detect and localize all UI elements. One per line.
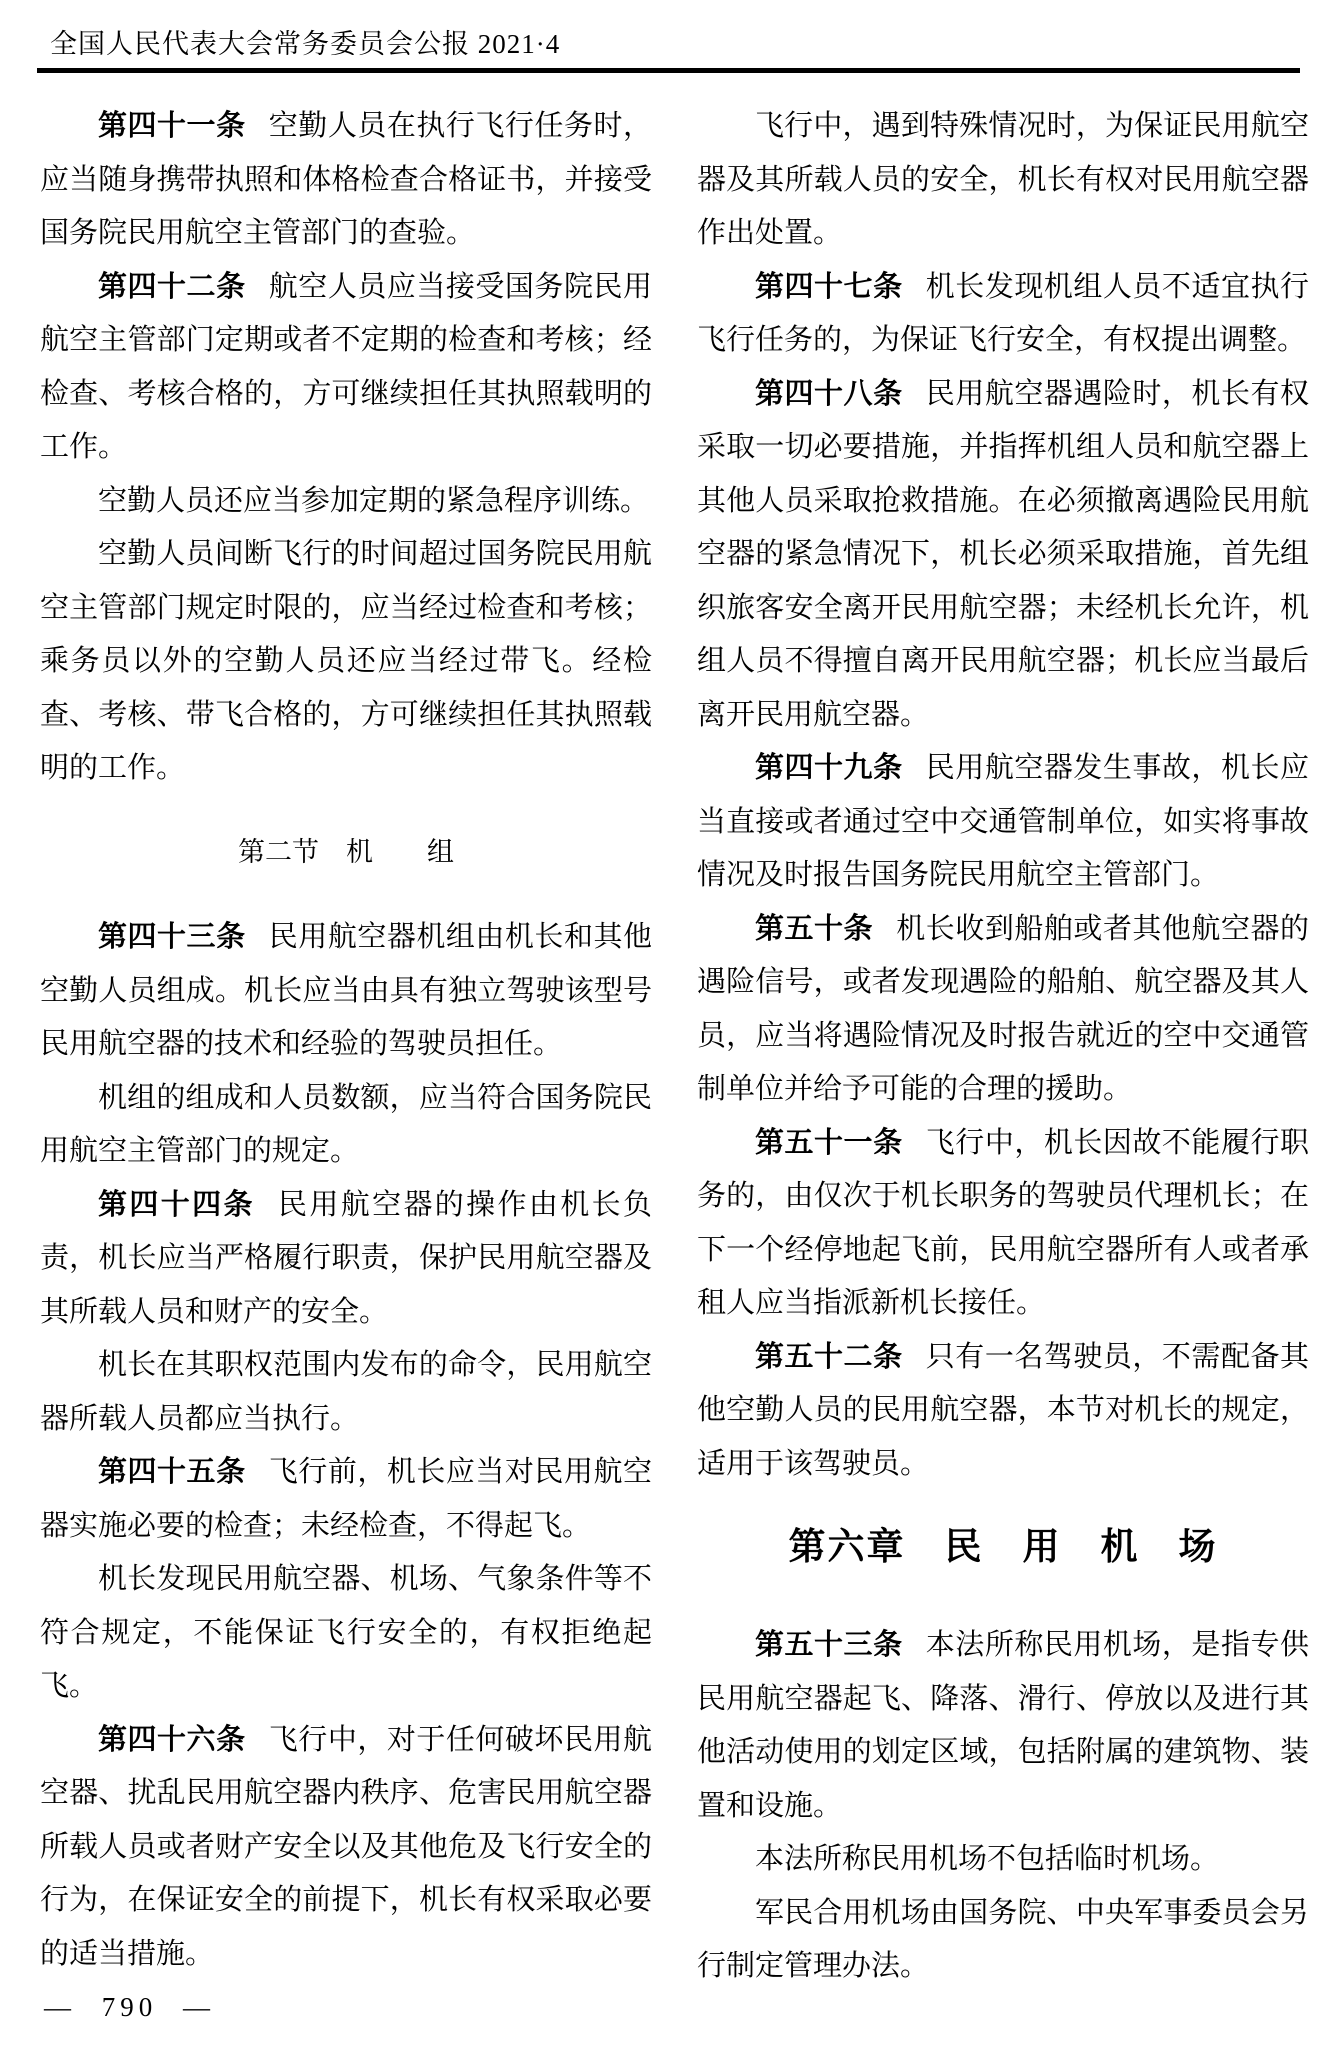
article-number: 第五十三条 bbox=[755, 1629, 903, 1661]
article-number: 第五十条 bbox=[755, 913, 873, 945]
article-number: 第四十三条 bbox=[98, 921, 246, 953]
section-heading: 第二节 机 组 bbox=[40, 826, 652, 880]
paragraph: 军民合用机场由国务院、中央军事委员会另行制定管理办法。 bbox=[697, 1887, 1309, 1994]
paragraph: 空勤人员还应当参加定期的紧急程序训练。 bbox=[40, 475, 652, 529]
paragraph: 机长发现民用航空器、机场、气象条件等不符合规定，不能保证飞行安全的，有权拒绝起飞… bbox=[40, 1553, 652, 1714]
article-number: 第四十九条 bbox=[755, 752, 903, 784]
article-text: 飞行中，对于任何破坏民用航空器、扰乱民用航空器内秩序、危害民用航空器所载人员或者… bbox=[40, 1724, 652, 1970]
gazette-page: 全国人民代表大会常务委员会公报 2021·4 第四十一条空勤人员在执行飞行任务时… bbox=[0, 0, 1335, 2054]
paragraph: 机组的组成和人员数额，应当符合国务院民用航空主管部门的规定。 bbox=[40, 1072, 652, 1179]
article-paragraph: 第四十六条飞行中，对于任何破坏民用航空器、扰乱民用航空器内秩序、危害民用航空器所… bbox=[40, 1714, 652, 1982]
article-paragraph: 第四十五条飞行前，机长应当对民用航空器实施必要的检查；未经检查，不得起飞。 bbox=[40, 1446, 652, 1553]
article-paragraph: 第四十七条机长发现机组人员不适宜执行飞行任务的，为保证飞行安全，有权提出调整。 bbox=[697, 261, 1309, 368]
paragraph: 机长在其职权范围内发布的命令，民用航空器所载人员都应当执行。 bbox=[40, 1339, 652, 1446]
article-number: 第五十一条 bbox=[755, 1127, 903, 1159]
article-number: 第五十二条 bbox=[755, 1341, 903, 1373]
article-number: 第四十七条 bbox=[755, 271, 903, 303]
article-paragraph: 第五十一条飞行中，机长因故不能履行职务的，由仅次于机长职务的驾驶员代理机长；在下… bbox=[697, 1117, 1309, 1331]
article-paragraph: 第五十三条本法所称民用机场，是指专供民用航空器起飞、降落、滑行、停放以及进行其他… bbox=[697, 1619, 1309, 1833]
page-header-title: 全国人民代表大会常务委员会公报 2021·4 bbox=[50, 22, 560, 61]
article-number: 第四十一条 bbox=[98, 110, 246, 142]
article-paragraph: 第四十四条民用航空器的操作由机长负责，机长应当严格履行职责，保护民用航空器及其所… bbox=[40, 1179, 652, 1340]
page-number: — 790 — bbox=[44, 1992, 215, 2023]
article-number: 第四十四条 bbox=[98, 1189, 255, 1221]
article-paragraph: 第五十二条只有一名驾驶员，不需配备其他空勤人员的民用航空器，本节对机长的规定，适… bbox=[697, 1331, 1309, 1492]
article-paragraph: 第四十一条空勤人员在执行飞行任务时，应当随身携带执照和体格检查合格证书，并接受国… bbox=[40, 100, 652, 261]
right-column: 飞行中，遇到特殊情况时，为保证民用航空器及其所载人员的安全，机长有权对民用航空器… bbox=[697, 100, 1309, 1994]
article-paragraph: 第五十条机长收到船舶或者其他航空器的遇险信号，或者发现遇险的船舶、航空器及其人员… bbox=[697, 903, 1309, 1117]
paragraph: 飞行中，遇到特殊情况时，为保证民用航空器及其所载人员的安全，机长有权对民用航空器… bbox=[697, 100, 1309, 261]
article-paragraph: 第四十三条民用航空器机组由机长和其他空勤人员组成。机长应当由具有独立驾驶该型号民… bbox=[40, 911, 652, 1072]
article-number: 第四十六条 bbox=[98, 1724, 246, 1756]
two-column-body: 第四十一条空勤人员在执行飞行任务时，应当随身携带执照和体格检查合格证书，并接受国… bbox=[40, 100, 1310, 1994]
article-paragraph: 第四十八条民用航空器遇险时，机长有权采取一切必要措施，并指挥机组人员和航空器上其… bbox=[697, 368, 1309, 743]
article-paragraph: 第四十二条航空人员应当接受国务院民用航空主管部门定期或者不定期的检查和考核；经检… bbox=[40, 261, 652, 475]
article-number: 第四十五条 bbox=[98, 1456, 246, 1488]
article-text: 民用航空器遇险时，机长有权采取一切必要措施，并指挥机组人员和航空器上其他人员采取… bbox=[697, 378, 1309, 731]
paragraph: 空勤人员间断飞行的时间超过国务院民用航空主管部门规定时限的，应当经过检查和考核；… bbox=[40, 528, 652, 796]
paragraph: 本法所称民用机场不包括临时机场。 bbox=[697, 1833, 1309, 1887]
header-rule bbox=[37, 68, 1300, 73]
article-number: 第四十二条 bbox=[98, 271, 246, 303]
chapter-heading: 第六章 民 用 机 场 bbox=[697, 1517, 1309, 1579]
article-paragraph: 第四十九条民用航空器发生事故，机长应当直接或者通过空中交通管制单位，如实将事故情… bbox=[697, 742, 1309, 903]
left-column: 第四十一条空勤人员在执行飞行任务时，应当随身携带执照和体格检查合格证书，并接受国… bbox=[40, 100, 652, 1981]
article-number: 第四十八条 bbox=[755, 378, 903, 410]
